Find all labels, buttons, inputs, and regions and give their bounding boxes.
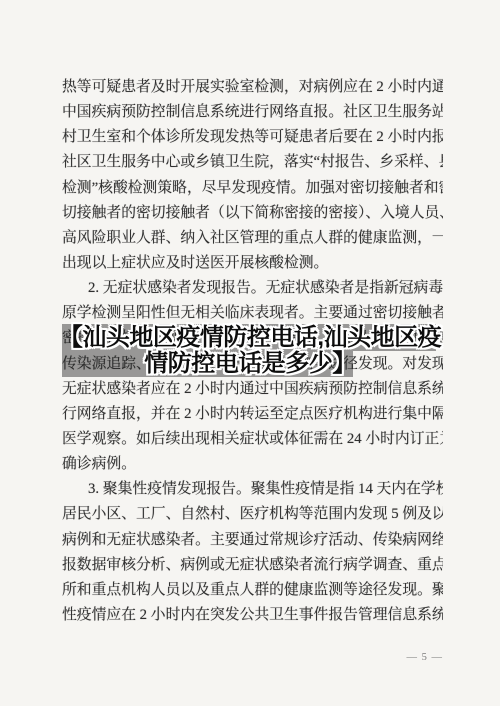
document-line: 高风险职业人群、纳入社区管理的重点人群的健康监测，一旦 (62, 226, 443, 251)
document-line: 中国疾病预防控制信息系统进行网络直报。社区卫生服务站、 (62, 100, 443, 125)
document-line: 报数据审核分析、病例或无症状感染者流行病学调查、重点场 (62, 553, 443, 578)
document-line: 医学观察。如后续出现相关症状或体征需在 24 小时内订正为 (62, 427, 443, 452)
document-line: 性疫情应在 2 小时内在突发公共卫生事件报告管理信息系统网 (62, 603, 443, 628)
document-line: 居民小区、工厂、自然村、医疗机构等范围内发现 5 例及以上 (62, 502, 443, 527)
document-line: 原学检测呈阳性但无相关临床表现者。主要通过密切接触者和 (62, 301, 443, 326)
document-line: 检测”核酸检测策略，尽早发现疫情。加强对密切接触者和密 (62, 176, 443, 201)
scanned-document-page: 热等可疑患者及时开展实验室检测，对病例应在 2 小时内通过中国疾病预防控制信息系… (0, 0, 500, 706)
document-line: 行网络直报，并在 2 小时内转运至定点医疗机构进行集中隔离 (62, 402, 443, 427)
document-line: 热等可疑患者及时开展实验室检测，对病例应在 2 小时内通过 (62, 75, 443, 100)
watermark-text-line1: 【汕头地区疫情防控电话,汕头地区疫 (0, 324, 500, 351)
document-line: 村卫生室和个体诊所发现发热等可疑患者后要在 2 小时内报告 (62, 125, 443, 150)
document-line: 出现以上症状应及时送医开展核酸检测。 (62, 251, 443, 276)
document-line: 无症状感染者应在 2 小时内通过中国疾病预防控制信息系统进 (62, 377, 443, 402)
document-line: 2. 无症状感染者发现报告。无症状感染者是指新冠病毒病 (62, 276, 443, 301)
page-number: — 5 — (62, 652, 443, 663)
document-line: 切接触者的密切接触者（以下简称密接的密接）、入境人员、 (62, 201, 443, 226)
document-line: 病例和无症状感染者。主要通过常规诊疗活动、传染病网络直 (62, 528, 443, 553)
document-line: 确诊病例。 (62, 452, 443, 477)
document-line: 3. 聚集性疫情发现报告。聚集性疫情是指 14 天内在学校、 (62, 477, 443, 502)
document-line: 社区卫生服务中心或乡镇卫生院，落实“村报告、乡采样、县 (62, 150, 443, 175)
document-line: 所和重点机构人员以及重点人群的健康监测等途径发现。聚集 (62, 578, 443, 603)
watermark-text-line2: 情防控电话是多少】 (0, 350, 500, 377)
